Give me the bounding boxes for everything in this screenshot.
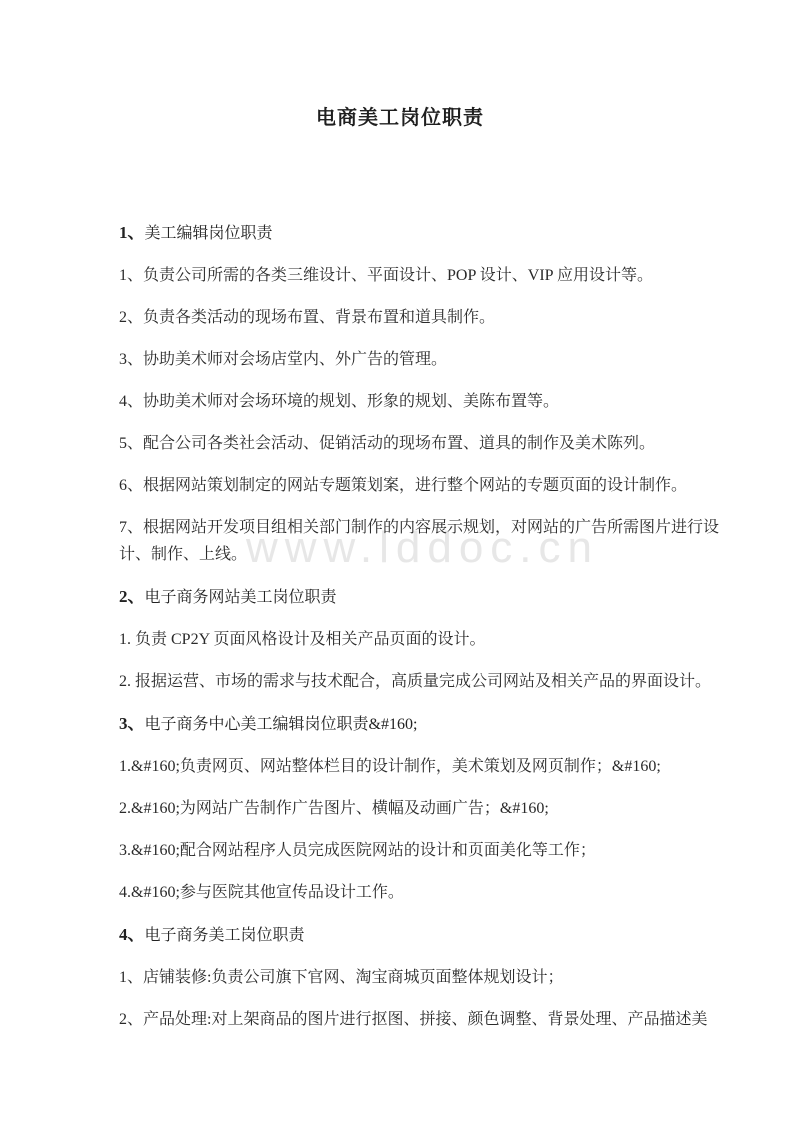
document-page: www.lddoc.cn 电商美工岗位职责 1、美工编辑岗位职责 1、负责公司所… bbox=[0, 0, 800, 1132]
section-heading-1: 1、美工编辑岗位职责 bbox=[119, 219, 719, 247]
section-heading-text: 电子商务美工岗位职责 bbox=[145, 927, 305, 944]
section-heading-text: 电子商务中心美工编辑岗位职责&#160; bbox=[145, 716, 418, 733]
job-duty-item: 2. 报据运营、市场的需求与技术配合，高质量完成公司网站及相关产品的界面设计。 bbox=[119, 668, 719, 695]
section-heading-3: 3、电子商务中心美工编辑岗位职责&#160; bbox=[119, 710, 719, 738]
job-duty-item: 7、根据网站开发项目组相关部门制作的内容展示规划，对网站的广告所需图片进行设 计… bbox=[119, 514, 719, 568]
job-duty-item: 1.&#160;负责网页、网站整体栏目的设计制作，美术策划及网页制作；&#160… bbox=[119, 753, 719, 780]
document-content: 1、美工编辑岗位职责 1、负责公司所需的各类三维设计、平面设计、POP 设计、V… bbox=[119, 219, 719, 1033]
job-duty-item: 1、负责公司所需的各类三维设计、平面设计、POP 设计、VIP 应用设计等。 bbox=[119, 262, 719, 289]
section-heading-2: 2、电子商务网站美工岗位职责 bbox=[119, 583, 719, 611]
job-duty-item: 4.&#160;参与医院其他宣传品设计工作。 bbox=[119, 879, 719, 906]
job-duty-item: 2、负责各类活动的现场布置、背景布置和道具制作。 bbox=[119, 304, 719, 331]
job-duty-item: 1、店铺装修:负责公司旗下官网、淘宝商城页面整体规划设计； bbox=[119, 964, 719, 991]
job-duty-item: 4、协助美术师对会场环境的规划、形象的规划、美陈布置等。 bbox=[119, 388, 719, 415]
section-number: 3、 bbox=[119, 714, 145, 733]
section-heading-4: 4、电子商务美工岗位职责 bbox=[119, 921, 719, 949]
job-duty-item: 6、根据网站策划制定的网站专题策划案，进行整个网站的专题页面的设计制作。 bbox=[119, 472, 719, 499]
job-duty-item: 3.&#160;配合网站程序人员完成医院网站的设计和页面美化等工作； bbox=[119, 837, 719, 864]
job-duty-item: 2、产品处理:对上架商品的图片进行抠图、拼接、颜色调整、背景处理、产品描述美 bbox=[119, 1006, 719, 1033]
job-duty-item: 1. 负责 CP2Y 页面风格设计及相关产品页面的设计。 bbox=[119, 626, 719, 653]
job-duty-item: 2.&#160;为网站广告制作广告图片、横幅及动画广告；&#160; bbox=[119, 795, 719, 822]
section-number: 4、 bbox=[119, 925, 145, 944]
document-title: 电商美工岗位职责 bbox=[0, 103, 800, 133]
section-heading-text: 美工编辑岗位职责 bbox=[145, 225, 273, 242]
section-heading-text: 电子商务网站美工岗位职责 bbox=[145, 589, 337, 606]
job-duty-item: 5、配合公司各类社会活动、促销活动的现场布置、道具的制作及美术陈列。 bbox=[119, 430, 719, 457]
job-duty-item: 3、协助美术师对会场店堂内、外广告的管理。 bbox=[119, 346, 719, 373]
section-number: 1、 bbox=[119, 223, 145, 242]
document-body: 电商美工岗位职责 1、美工编辑岗位职责 1、负责公司所需的各类三维设计、平面设计… bbox=[0, 103, 800, 1033]
section-number: 2、 bbox=[119, 587, 145, 606]
